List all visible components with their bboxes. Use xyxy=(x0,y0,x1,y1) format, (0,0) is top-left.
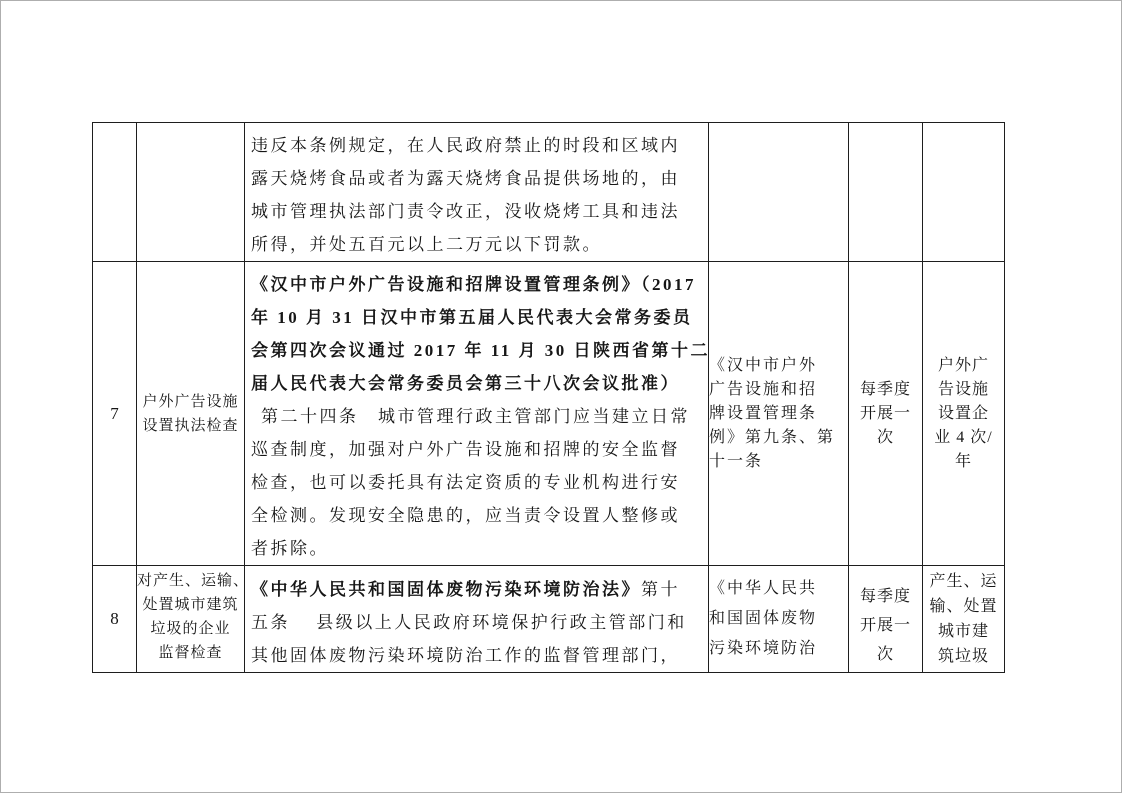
cell-target xyxy=(923,123,1005,262)
cell-legal-basis: 《汉中市户外 广告设施和招 牌设置管理条 例》第九条、第 十一条 xyxy=(709,262,849,566)
cell-content: 违反本条例规定，在人民政府禁止的时段和区域内 露天烧烤食品或者为露天烧烤食品提供… xyxy=(245,123,709,262)
content-regulation-title: 《汉中市户外广告设施和招牌设置管理条例》（2017 年 10 月 31 日汉中市… xyxy=(245,262,708,400)
cell-legal-basis: 《中华人民共 和国固体废物 污染环境防治 xyxy=(709,566,849,673)
content-text: 《中华人民共和国固体废物污染环境防治法》第十 五条 县级以上人民政府环境保护行政… xyxy=(245,566,708,672)
cell-target: 户外广 告设施 设置企 业 4 次/ 年 xyxy=(923,262,1005,566)
cell-item-name xyxy=(137,123,245,262)
content-text: 第二十四条 城市管理行政主管部门应当建立日常 巡查制度，加强对户外广告设施和招牌… xyxy=(245,400,708,565)
content-regulation-title: 《中华人民共和国固体废物污染环境防治法》 xyxy=(251,580,641,599)
inspection-items-table: 违反本条例规定，在人民政府禁止的时段和区域内 露天烧烤食品或者为露天烧烤食品提供… xyxy=(92,122,1005,673)
table-row-7: 7 户外广告设施 设置执法检查 《汉中市户外广告设施和招牌设置管理条例》（201… xyxy=(93,262,1005,566)
table-row-8: 8 对产生、运输、 处置城市建筑 垃圾的企业 监督检查 《中华人民共和国固体废物… xyxy=(93,566,1005,673)
cell-frequency: 每季度 开展一 次 xyxy=(849,262,923,566)
cell-frequency xyxy=(849,123,923,262)
document-page: 违反本条例规定，在人民政府禁止的时段和区域内 露天烧烤食品或者为露天烧烤食品提供… xyxy=(0,0,1122,793)
cell-content: 《中华人民共和国固体废物污染环境防治法》第十 五条 县级以上人民政府环境保护行政… xyxy=(245,566,709,673)
cell-row-number xyxy=(93,123,137,262)
cell-item-name: 户外广告设施 设置执法检查 xyxy=(137,262,245,566)
cell-content: 《汉中市户外广告设施和招牌设置管理条例》（2017 年 10 月 31 日汉中市… xyxy=(245,262,709,566)
cell-legal-basis xyxy=(709,123,849,262)
cell-row-number: 8 xyxy=(93,566,137,673)
cell-frequency: 每季度 开展一 次 xyxy=(849,566,923,673)
cell-target: 产生、运 输、处置 城市建 筑垃圾 xyxy=(923,566,1005,673)
cell-item-name: 对产生、运输、 处置城市建筑 垃圾的企业 监督检查 xyxy=(137,566,245,673)
content-text: 违反本条例规定，在人民政府禁止的时段和区域内 露天烧烤食品或者为露天烧烤食品提供… xyxy=(245,123,708,261)
table-row-continued: 违反本条例规定，在人民政府禁止的时段和区域内 露天烧烤食品或者为露天烧烤食品提供… xyxy=(93,123,1005,262)
cell-row-number: 7 xyxy=(93,262,137,566)
